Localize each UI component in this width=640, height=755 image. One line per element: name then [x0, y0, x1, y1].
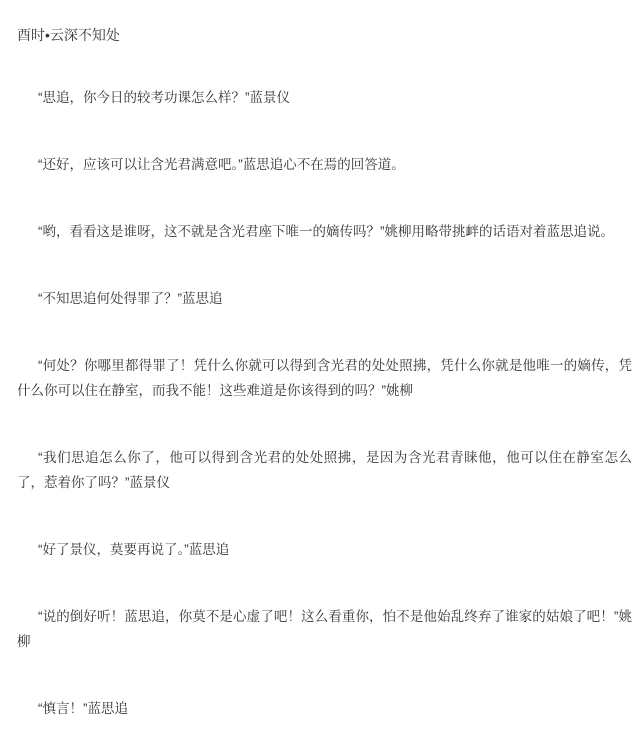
story-page: 酉时•云深不知处 “思追，你今日的较考功课怎么样？”蓝景仪“还好，应该可以让含光…	[0, 0, 640, 721]
chapter-heading: 酉时•云深不知处	[17, 23, 632, 48]
story-paragraph: “哟，看看这是谁呀，这不就是含光君座下唯一的嫡传吗？”姚柳用略带挑衅的话语对着蓝…	[17, 219, 632, 244]
story-paragraph: “慎言！”蓝思追	[17, 696, 632, 721]
story-paragraph: “思追，你今日的较考功课怎么样？”蓝景仪	[17, 85, 632, 110]
story-paragraph: “还好，应该可以让含光君满意吧。”蓝思追心不在焉的回答道。	[17, 152, 632, 177]
story-paragraph: “何处？你哪里都得罪了！凭什么你就可以得到含光君的处处照拂，凭什么你就是他唯一的…	[17, 353, 632, 403]
story-paragraph: “好了景仪，莫要再说了。”蓝思追	[17, 537, 632, 562]
story-paragraph: “说的倒好听！蓝思追，你莫不是心虚了吧！这么看重你，怕不是他始乱终弃了谁家的姑娘…	[17, 604, 632, 654]
story-paragraph: “我们思追怎么你了，他可以得到含光君的处处照拂，是因为含光君青睐他，他可以住在静…	[17, 445, 632, 495]
paragraph-list: “思追，你今日的较考功课怎么样？”蓝景仪“还好，应该可以让含光君满意吧。”蓝思追…	[17, 85, 632, 721]
story-paragraph: “不知思追何处得罪了？”蓝思追	[17, 286, 632, 311]
